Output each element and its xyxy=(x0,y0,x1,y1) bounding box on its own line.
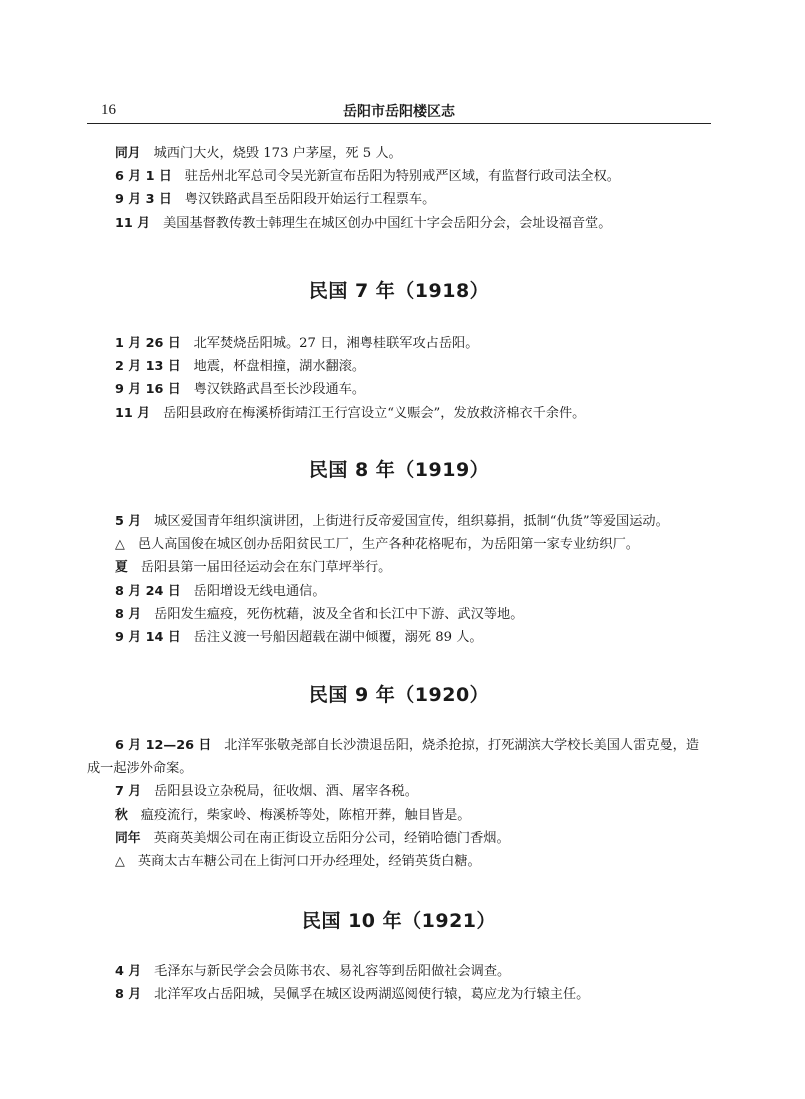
entry-text: 岳阳发生瘟疫，死伤枕藉，波及全省和长江中下游、武汉等地。 xyxy=(154,607,523,622)
list-item: 8 月北洋军攻占岳阳城，吴佩孚在城区设两湖巡阅使行辕，葛应龙为行辕主任。 xyxy=(87,983,711,1006)
entry-date: 9 月 3 日 xyxy=(115,192,172,207)
year-heading: 民国 10 年（1921） xyxy=(87,907,711,935)
page-header: 16 岳阳市岳阳楼区志 xyxy=(87,100,711,124)
entry-text: 地震，杯盘相撞，湖水翻滚。 xyxy=(194,359,365,374)
year-heading: 民国 8 年（1919） xyxy=(87,456,711,484)
entry-date: 秋 xyxy=(115,808,128,823)
list-item: 夏岳阳县第一届田径运动会在东门草坪举行。 xyxy=(87,556,711,579)
list-item: 5 月城区爱国青年组织演讲团，上街进行反帝爱国宣传，组织募捐，抵制“仇货”等爱国… xyxy=(87,510,711,533)
section-1918: 民国 7 年（1918） 1 月 26 日北军焚烧岳阳城。27 日，湘粤桂联军攻… xyxy=(87,277,711,425)
entry-date: 11 月 xyxy=(115,216,150,231)
entry-date: 7 月 xyxy=(115,784,141,799)
entry-list: 1 月 26 日北军焚烧岳阳城。27 日，湘粤桂联军攻占岳阳。 2 月 13 日… xyxy=(87,332,711,425)
list-item: △邑人高国俊在城区创办岳阳贫民工厂，生产各种花格呢布，为岳阳第一家专业纺织厂。 xyxy=(87,533,711,556)
entry-date: 同年 xyxy=(115,831,141,846)
entry-date: 6 月 12—26 日 xyxy=(115,738,211,753)
entry-date: 同月 xyxy=(115,146,141,161)
entry-date: 5 月 xyxy=(115,514,141,529)
entry-text: 粤汉铁路武昌至岳阳段开始运行工程票车。 xyxy=(185,192,436,207)
entry-date: 9 月 16 日 xyxy=(115,382,181,397)
entry-date: 8 月 xyxy=(115,987,141,1002)
entry-date: 夏 xyxy=(115,560,128,575)
list-item: 6 月 12—26 日北洋军张敬尧部自长沙溃退岳阳，烧杀抢掠，打死湖滨大学校长美… xyxy=(87,734,711,780)
entry-text: 粤汉铁路武昌至长沙段通车。 xyxy=(194,382,365,397)
section-1921: 民国 10 年（1921） 4 月毛泽东与新民学会会员陈书农、易礼容等到岳阳做社… xyxy=(87,907,711,1006)
list-item: 4 月毛泽东与新民学会会员陈书农、易礼容等到岳阳做社会调查。 xyxy=(87,960,711,983)
list-item: 9 月 16 日粤汉铁路武昌至长沙段通车。 xyxy=(87,378,711,401)
entry-text: 城区爱国青年组织演讲团，上街进行反帝爱国宣传，组织募捐，抵制“仇货”等爱国运动。 xyxy=(154,514,669,529)
year-heading: 民国 9 年（1920） xyxy=(87,681,711,709)
list-item: 6 月 1 日驻岳州北军总司令吴光新宣布岳阳为特别戒严区域，有监督行政司法全权。 xyxy=(87,165,711,188)
section-continuation: 同月城西门大火，烧毁 173 户茅屋，死 5 人。 6 月 1 日驻岳州北军总司… xyxy=(87,142,711,235)
list-item: △英商太古车糖公司在上街河口开办经理处，经销英货白糖。 xyxy=(87,850,711,873)
list-item: 9 月 3 日粤汉铁路武昌至岳阳段开始运行工程票车。 xyxy=(87,188,711,211)
entry-text: 岳阳县政府在梅溪桥街靖江王行宫设立“义赈会”，发放救济棉衣千余件。 xyxy=(163,406,585,421)
entry-list: 同月城西门大火，烧毁 173 户茅屋，死 5 人。 6 月 1 日驻岳州北军总司… xyxy=(87,142,711,235)
entry-text: 北军焚烧岳阳城。27 日，湘粤桂联军攻占岳阳。 xyxy=(194,336,479,351)
entry-text: 北洋军攻占岳阳城，吴佩孚在城区设两湖巡阅使行辕，葛应龙为行辕主任。 xyxy=(154,987,589,1002)
entry-text: 英商太古车糖公司在上街河口开办经理处，经销英货白糖。 xyxy=(138,854,481,869)
entry-date: 8 月 24 日 xyxy=(115,584,181,599)
entry-text: 岳阳县设立杂税局，征收烟、酒、屠宰各税。 xyxy=(154,784,418,799)
entry-marker: △ xyxy=(115,854,125,869)
list-item: 同年英商英美烟公司在南正街设立岳阳分公司，经销哈德门香烟。 xyxy=(87,827,711,850)
entry-text: 邑人高国俊在城区创办岳阳贫民工厂，生产各种花格呢布，为岳阳第一家专业纺织厂。 xyxy=(138,537,639,552)
entry-text: 岳阳县第一届田径运动会在东门草坪举行。 xyxy=(141,560,392,575)
entry-date: 2 月 13 日 xyxy=(115,359,181,374)
entry-date: 8 月 xyxy=(115,607,141,622)
list-item: 1 月 26 日北军焚烧岳阳城。27 日，湘粤桂联军攻占岳阳。 xyxy=(87,332,711,355)
entry-text: 城西门大火，烧毁 173 户茅屋，死 5 人。 xyxy=(154,146,402,161)
entry-date: 1 月 26 日 xyxy=(115,336,181,351)
list-item: 11 月岳阳县政府在梅溪桥街靖江王行宫设立“义赈会”，发放救济棉衣千余件。 xyxy=(87,402,711,425)
entry-date: 6 月 1 日 xyxy=(115,169,172,184)
entry-date: 9 月 14 日 xyxy=(115,630,181,645)
header-rule xyxy=(87,123,711,124)
entry-list: 4 月毛泽东与新民学会会员陈书农、易礼容等到岳阳做社会调查。 8 月北洋军攻占岳… xyxy=(87,960,711,1006)
entry-text: 驻岳州北军总司令吴光新宣布岳阳为特别戒严区域，有监督行政司法全权。 xyxy=(185,169,620,184)
entry-date: 11 月 xyxy=(115,406,150,421)
list-item: 9 月 14 日岳注义渡一号船因超载在湖中倾覆，溺死 89 人。 xyxy=(87,626,711,649)
list-item: 同月城西门大火，烧毁 173 户茅屋，死 5 人。 xyxy=(87,142,711,165)
year-heading: 民国 7 年（1918） xyxy=(87,277,711,305)
running-title: 岳阳市岳阳楼区志 xyxy=(87,101,711,121)
entry-text: 美国基督教传教士韩理生在城区创办中国红十字会岳阳分会，会址设福音堂。 xyxy=(163,216,611,231)
entry-text: 岳注义渡一号船因超载在湖中倾覆，溺死 89 人。 xyxy=(194,630,483,645)
list-item: 8 月岳阳发生瘟疫，死伤枕藉，波及全省和长江中下游、武汉等地。 xyxy=(87,603,711,626)
entry-text: 毛泽东与新民学会会员陈书农、易礼容等到岳阳做社会调查。 xyxy=(154,964,510,979)
entry-list: 5 月城区爱国青年组织演讲团，上街进行反帝爱国宣传，组织募捐，抵制“仇货”等爱国… xyxy=(87,510,711,649)
entry-marker: △ xyxy=(115,537,125,552)
entry-text: 岳阳增设无线电通信。 xyxy=(194,584,326,599)
entry-text: 瘟疫流行，柴家岭、梅溪桥等处，陈棺开葬，触目皆是。 xyxy=(141,808,471,823)
entry-list: 6 月 12—26 日北洋军张敬尧部自长沙溃退岳阳，烧杀抢掠，打死湖滨大学校长美… xyxy=(87,734,711,873)
list-item: 11 月美国基督教传教士韩理生在城区创办中国红十字会岳阳分会，会址设福音堂。 xyxy=(87,212,711,235)
list-item: 7 月岳阳县设立杂税局，征收烟、酒、屠宰各税。 xyxy=(87,780,711,803)
entry-date: 4 月 xyxy=(115,964,141,979)
list-item: 8 月 24 日岳阳增设无线电通信。 xyxy=(87,580,711,603)
list-item: 秋瘟疫流行，柴家岭、梅溪桥等处，陈棺开葬，触目皆是。 xyxy=(87,804,711,827)
list-item: 2 月 13 日地震，杯盘相撞，湖水翻滚。 xyxy=(87,355,711,378)
section-1920: 民国 9 年（1920） 6 月 12—26 日北洋军张敬尧部自长沙溃退岳阳，烧… xyxy=(87,681,711,873)
section-1919: 民国 8 年（1919） 5 月城区爱国青年组织演讲团，上街进行反帝爱国宣传，组… xyxy=(87,456,711,649)
entry-text: 英商英美烟公司在南正街设立岳阳分公司，经销哈德门香烟。 xyxy=(154,831,510,846)
